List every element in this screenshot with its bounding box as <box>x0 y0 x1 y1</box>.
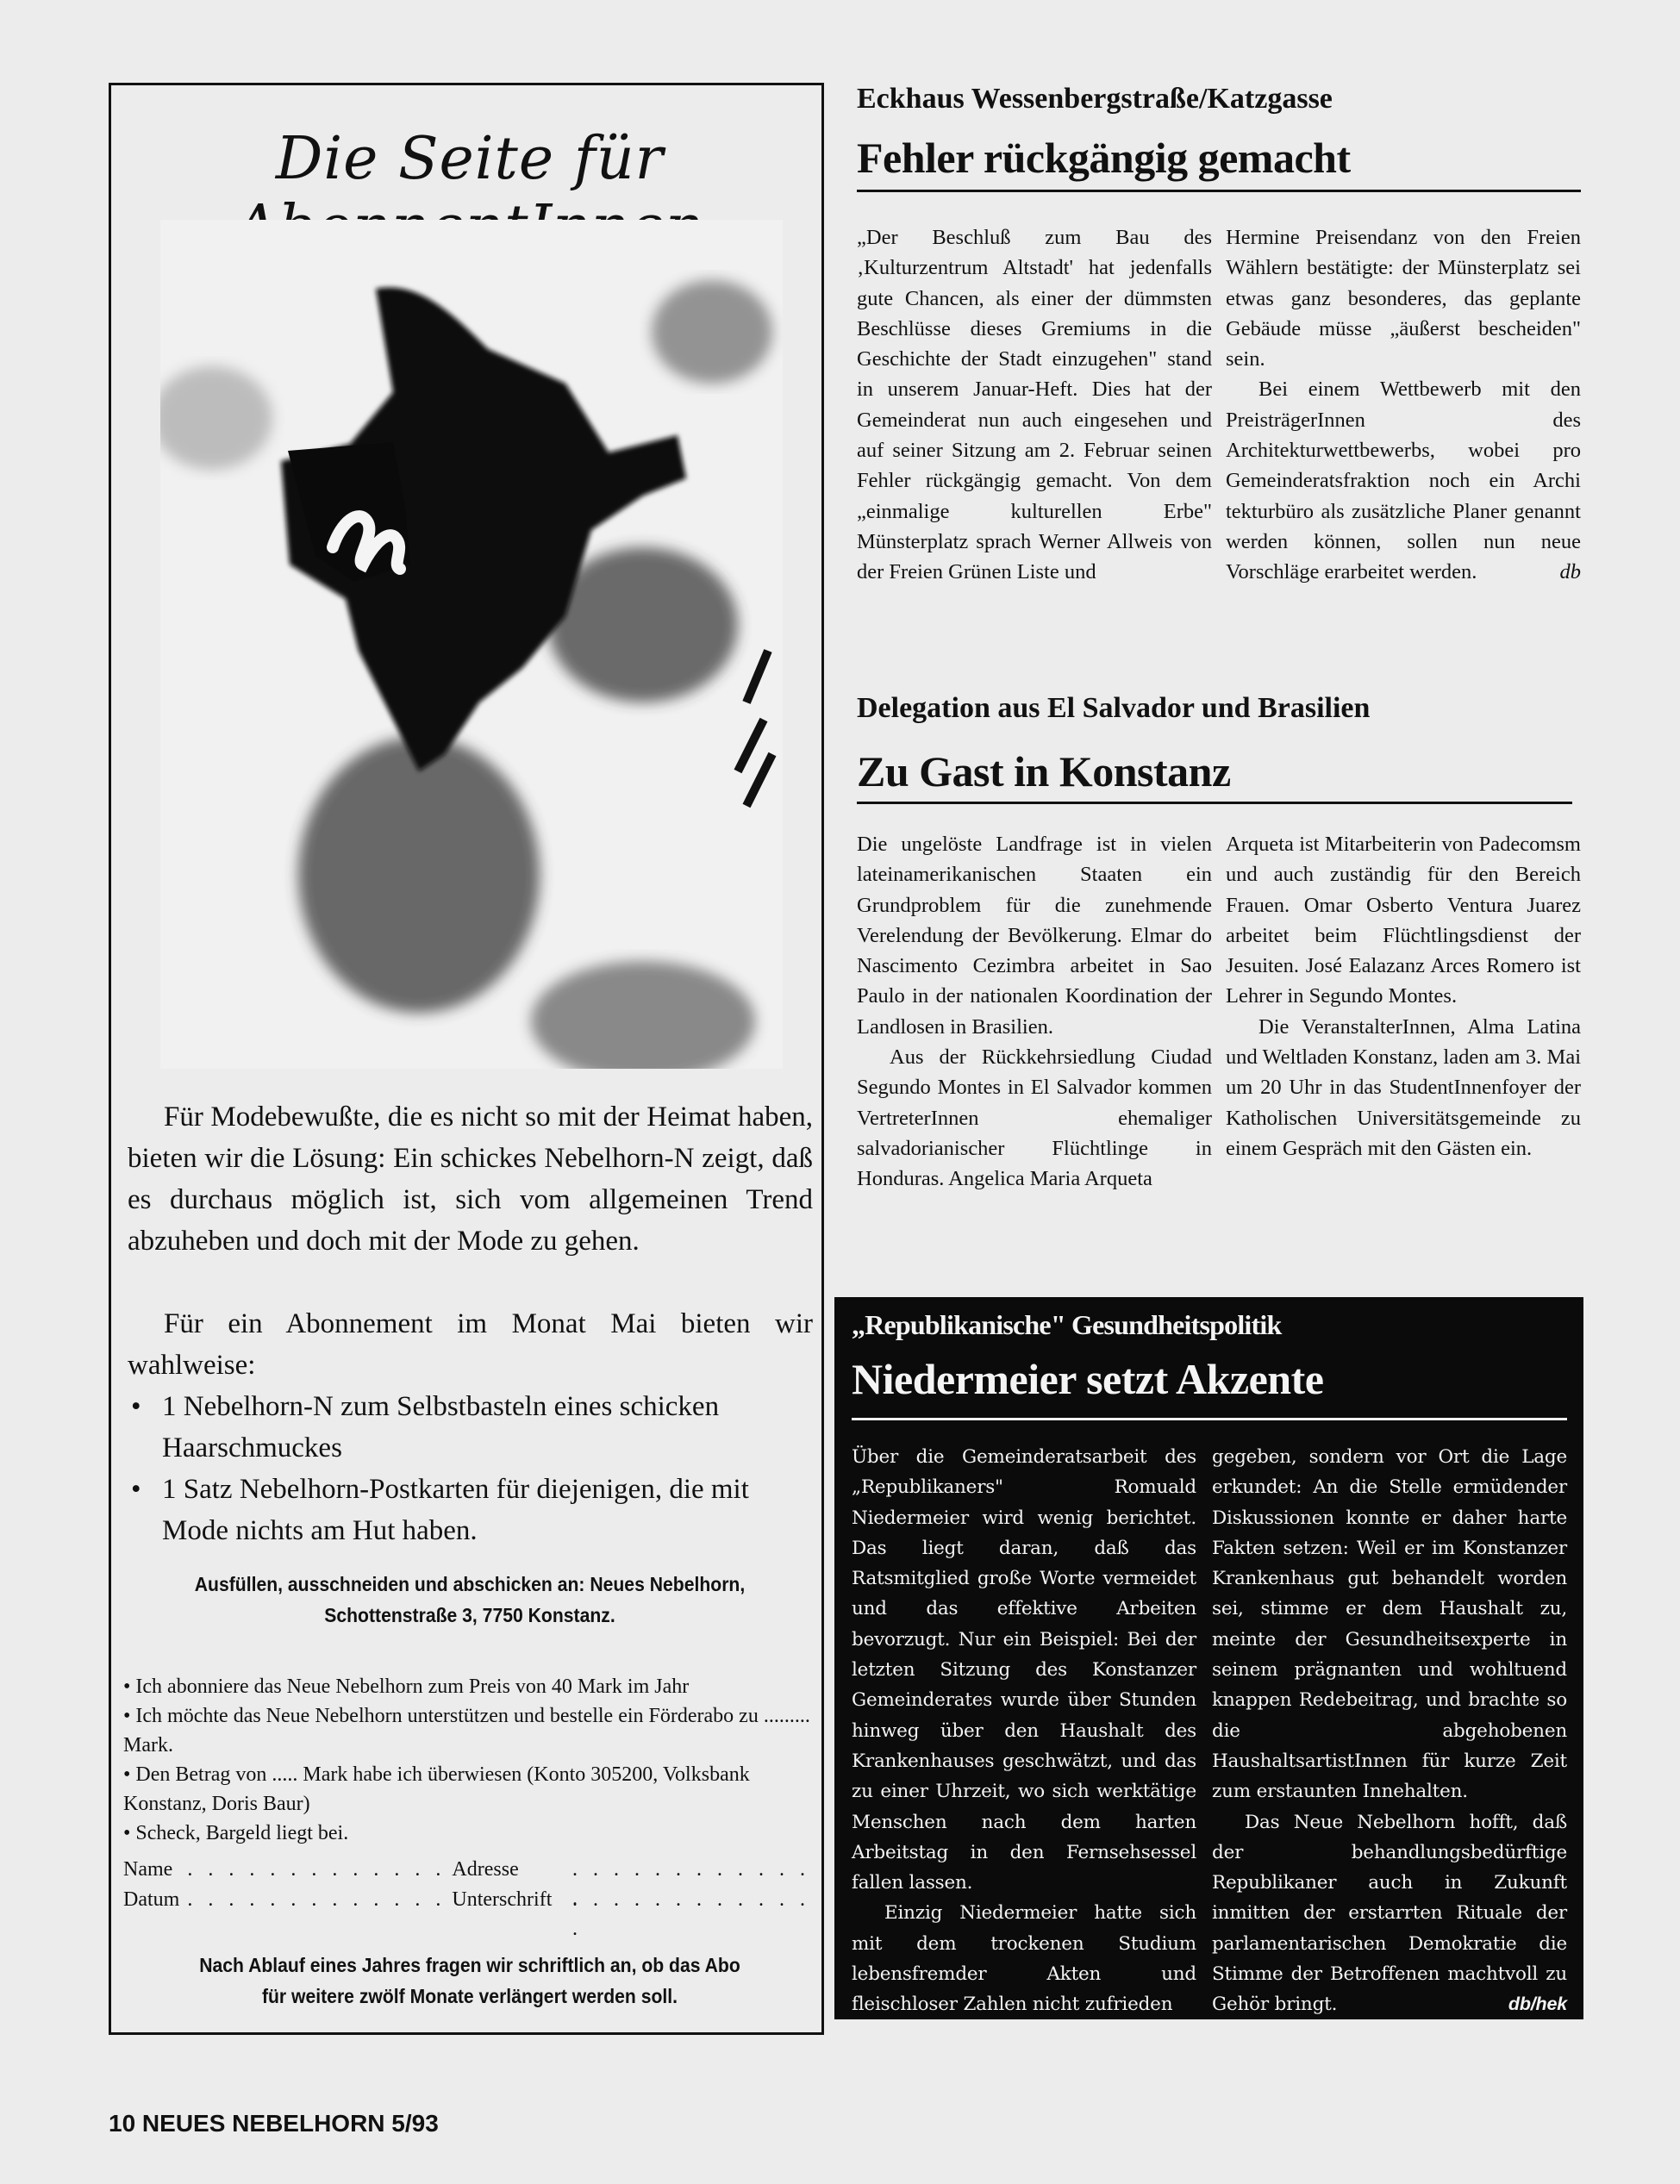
article3-col1-p2: Einzig Niedermeier hatte sich mit dem tr… <box>852 1898 1196 2019</box>
article1-col2-p1: Hermine Preisendanz von den Freien Wähle… <box>1226 222 1581 374</box>
order-form-list: • Ich abonniere das Neue Nebelhorn zum P… <box>123 1672 813 1848</box>
form-option-support[interactable]: • Ich möchte das Neue Nebelhorn unterstü… <box>123 1701 813 1760</box>
article3-col1: Über die Gemeinderatsarbeit des „Republi… <box>852 1442 1196 2020</box>
article3-dark-box: „Republikanische" Gesundheitspolitik Nie… <box>834 1297 1583 2019</box>
article2-headline: Zu Gast in Konstanz <box>857 746 1231 796</box>
article1-kicker: Eckhaus Wessenbergstraße/Katzgasse <box>857 83 1333 115</box>
subscription-intro: Für Modebewußte, die es nicht so mit der… <box>128 1096 813 1262</box>
article3-headline: Niedermeier setzt Akzente <box>852 1354 1323 1404</box>
subscription-offer-text: Für ein Abonnement im Monat Mai bieten w… <box>128 1308 813 1381</box>
article2-col1-p2: Aus der Rückkehrsiedlung Ciudad Segundo … <box>857 1042 1212 1194</box>
subscription-offer: Für ein Abonnement im Monat Mai bieten w… <box>128 1303 813 1386</box>
signature-label: Unterschrift <box>452 1885 572 1944</box>
article2-col1: Die ungelöste Landfrage ist in vielen la… <box>857 829 1212 1195</box>
send-to-line2: Schottenstraße 3, 7750 Konstanz. <box>148 1600 790 1632</box>
article1-col2-p2: Bei einem Wettbewerb mit den Preisträger… <box>1226 374 1581 587</box>
subscription-intro-text: Für Modebewußte, die es nicht so mit der… <box>128 1101 813 1257</box>
article2-rule <box>857 802 1572 804</box>
article1-rule <box>857 190 1581 192</box>
date-field[interactable]: . . . . . . . . . . . . . <box>187 1885 452 1944</box>
article3-col2: gegeben, sondern vor Ort die Lage erkund… <box>1212 1442 1567 2020</box>
photo-illustration-icon <box>160 220 783 1069</box>
nebelhorn-n-photo <box>160 220 783 1069</box>
offer-options-list: 1 Nebelhorn-N zum Selbstbasteln eines sc… <box>128 1386 813 1551</box>
article2-kicker: Delegation aus El Salvador und Brasilien <box>857 692 1370 725</box>
article1-col2: Hermine Preisendanz von den Freien Wähle… <box>1226 222 1581 588</box>
article2-col2-p1: Arqueta ist Mitarbeiterin von Padecomsm … <box>1226 829 1581 1012</box>
article1-headline: Fehler rückgängig gemacht <box>857 133 1351 183</box>
form-row-date: Datum . . . . . . . . . . . . . Untersch… <box>123 1885 813 1944</box>
date-label: Datum <box>123 1885 187 1944</box>
article1-signature: db <box>1527 557 1582 587</box>
renewal-note-line1: Nach Ablauf eines Jahres fragen wir schr… <box>148 1950 790 1981</box>
article3-col2-p2: Das Neue Nebelhorn hofft, daß der behand… <box>1212 1807 1567 2020</box>
article3-signature: db/hek <box>1476 1989 1567 2019</box>
article1-col2-p2-text: Bei einem Wettbewerb mit den Preisträger… <box>1226 378 1581 583</box>
article2-col1-p1: Die ungelöste Landfrage ist in vielen la… <box>857 829 1212 1042</box>
article3-col2-p2-text: Das Neue Nebelhorn hofft, daß der behand… <box>1212 1812 1567 2016</box>
offer-option: 1 Nebelhorn-N zum Selbstbasteln eines sc… <box>128 1386 813 1469</box>
page-footer: 10 NEUES NEBELHORN 5/93 <box>109 2110 439 2137</box>
article2-col2-p2: Die VeranstalterInnen, Alma Latina und W… <box>1226 1012 1581 1164</box>
form-option-transfer[interactable]: • Den Betrag von ..... Mark habe ich übe… <box>123 1760 813 1819</box>
article3-col2-p1: gegeben, sondern vor Ort die Lage erkund… <box>1212 1442 1567 1807</box>
article3-kicker: „Republikanische" Gesundheitspolitik <box>852 1309 1281 1341</box>
article1-col1: „Der Beschluß zum Bau des ‚Kulturzentrum… <box>857 222 1212 588</box>
send-to-line1: Ausfüllen, ausschneiden und abschicken a… <box>148 1569 790 1601</box>
article3-col1-p1: Über die Gemeinderatsarbeit des „Republi… <box>852 1442 1196 1898</box>
offer-option: 1 Satz Nebelhorn-Postkarten für diejenig… <box>128 1469 813 1551</box>
signature-field[interactable]: . . . . . . . . . . . . . <box>572 1885 813 1944</box>
form-option-subscribe[interactable]: • Ich abonniere das Neue Nebelhorn zum P… <box>123 1672 813 1701</box>
article2-col2: Arqueta ist Mitarbeiterin von Padecomsm … <box>1226 829 1581 1164</box>
form-option-cash[interactable]: • Scheck, Bargeld liegt bei. <box>123 1819 813 1848</box>
article1-col1-text: „Der Beschluß zum Bau des ‚Kulturzentrum… <box>857 222 1212 588</box>
renewal-note-line2: für weitere zwölf Monate verlängert werd… <box>148 1981 790 2012</box>
article3-rule <box>852 1418 1567 1420</box>
